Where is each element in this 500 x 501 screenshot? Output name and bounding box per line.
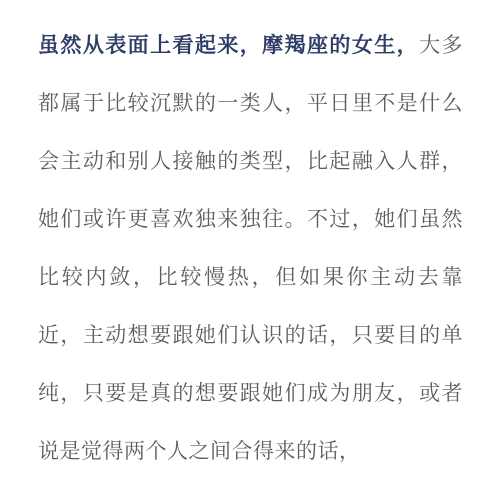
highlight-lead-text: 虽然从表面上看起来，摩羯座的女生， (38, 34, 419, 57)
article-paragraph: 虽然从表面上看起来，摩羯座的女生，大多都属于比较沉默的一类人，平日里不是什么会主… (38, 17, 463, 481)
article-page: 虽然从表面上看起来，摩羯座的女生，大多都属于比较沉默的一类人，平日里不是什么会主… (0, 0, 500, 501)
article-body-text: 大多都属于比较沉默的一类人，平日里不是什么会主动和别人接触的类型，比起融入人群，… (38, 34, 463, 463)
